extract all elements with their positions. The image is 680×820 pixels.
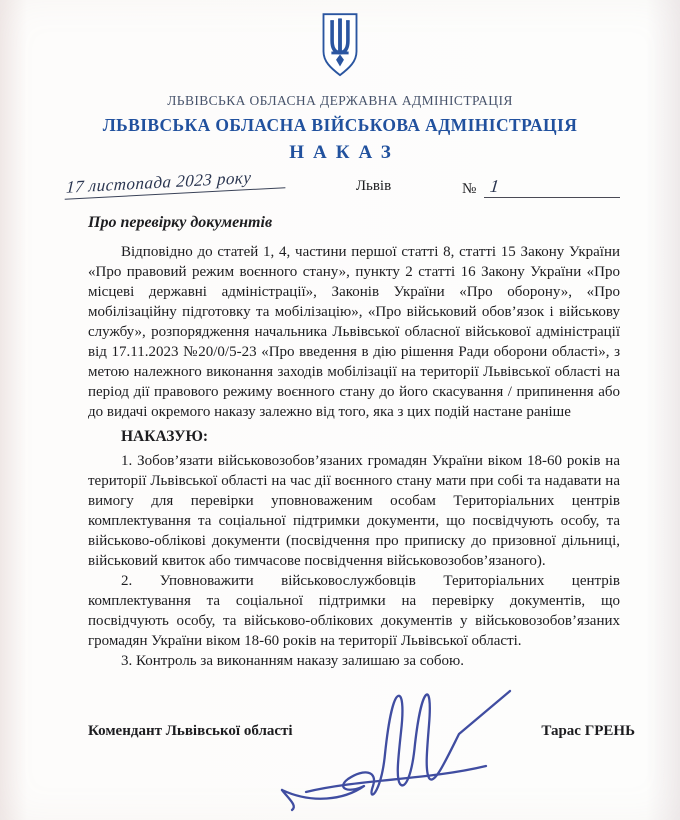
- signer-title: Комендант Львівської області: [88, 723, 293, 740]
- date-place-number-row: 17 листопада 2023 року Львів № 1: [64, 172, 620, 198]
- signer-name: Тарас ГРЕНЬ: [541, 723, 635, 740]
- preamble-paragraph: Відповідно до статей 1, 4, частини першо…: [88, 242, 620, 422]
- signature-row: Комендант Львівської області Тарас ГРЕНЬ: [88, 723, 635, 740]
- order-items: 1. Зобов’язати військовозобов’язаних гро…: [88, 451, 620, 671]
- order-item-1: 1. Зобов’язати військовозобов’язаних гро…: [88, 451, 620, 571]
- order-item-3: 3. Контроль за виконанням наказу залишаю…: [88, 651, 620, 671]
- organization-name: ЛЬВІВСЬКА ОБЛАСНА ВІЙСЬКОВА АДМІНІСТРАЦІ…: [0, 115, 680, 136]
- handwritten-signature-icon: [278, 686, 518, 812]
- handwritten-date-field: 17 листопада 2023 року: [64, 166, 286, 200]
- parent-organization-name: ЛЬВІВСЬКА ОБЛАСНА ДЕРЖАВНА АДМІНІСТРАЦІЯ: [0, 93, 680, 109]
- ukraine-trident-emblem: [318, 12, 362, 78]
- number-sign-label: №: [462, 181, 484, 198]
- document-type-title: НАКАЗ: [0, 142, 680, 164]
- order-word: НАКАЗУЮ:: [88, 428, 620, 446]
- issue-place: Львів: [285, 172, 462, 195]
- order-item-2: 2. Уповноважити військовослужбовців Тери…: [88, 571, 620, 651]
- document-header: ЛЬВІВСЬКА ОБЛАСНА ДЕРЖАВНА АДМІНІСТРАЦІЯ…: [0, 0, 680, 164]
- number-underline: 1: [484, 176, 620, 198]
- handwritten-date: 17 листопада 2023 року: [66, 168, 252, 198]
- document-body: Про перевірку документів Відповідно до с…: [88, 214, 620, 671]
- scanned-order-document: ЛЬВІВСЬКА ОБЛАСНА ДЕРЖАВНА АДМІНІСТРАЦІЯ…: [0, 0, 680, 820]
- handwritten-number: 1: [489, 176, 501, 197]
- document-number-field: № 1: [462, 172, 620, 198]
- subject-line: Про перевірку документів: [88, 214, 620, 232]
